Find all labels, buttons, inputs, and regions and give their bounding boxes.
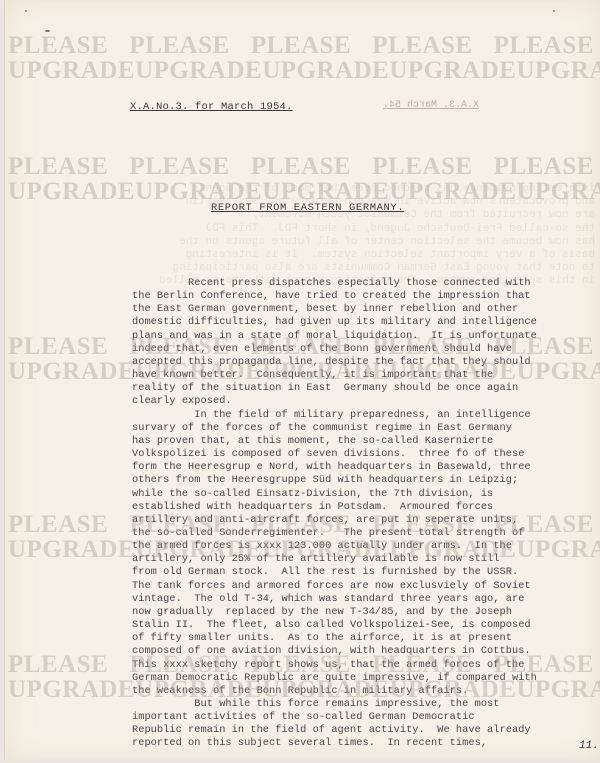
bleed-through-reference: X.A.3. March 54. [383,100,479,111]
text-line: others from the Heeresgruppe Süd with he… [132,474,600,487]
text-line: the Berlin Conference, have tried to cre… [132,290,600,303]
text-line: composed of one aviation division, with … [132,645,600,658]
paper-speck [45,30,50,32]
bleed-through-text: interesting evidence has reached here th… [135,183,595,289]
text-line: Recent press dispatches especially those… [132,277,600,290]
bleed-line: has now become the selection center of a… [135,236,595,249]
report-body: Recent press dispatches especially those… [132,277,600,751]
text-line: artillery and anti-aircraft forces, are … [132,514,600,527]
document-reference: X.A.No.3. for March 1954. [130,101,293,113]
bleed-line: to note that young East German Communist… [135,262,595,275]
text-line: This xxxx sketchy report shows us, that … [132,659,600,672]
bleed-line: basis of a very important selection syst… [135,249,595,262]
document-page: X.A.3. March 54. interesting evidence ha… [4,0,600,760]
bleed-line: interesting evidence has reached here th… [135,183,595,196]
text-line: indeed that, even elements of the Bonn g… [132,343,600,356]
text-line: the East German government, beset by inn… [132,303,600,316]
text-line: The tank forces and armored forces are n… [132,580,600,593]
text-line: artillery, only 25% of the artillery ava… [132,553,600,566]
paper-speck [25,10,27,12]
text-line: Stalin II. The fleet, also called Volksp… [132,619,600,632]
text-line: now gradually replaced by the new T-34/8… [132,606,600,619]
bleed-line: the so-called Frei-Deutsche Jugend, in s… [135,223,595,236]
text-line: reality of the situation in East Germany… [132,382,600,395]
text-line: clearly exposed. [132,395,600,408]
text-line: of fifty smaller units. As to the airfor… [132,632,600,645]
text-line: domestic difficulties, had given up its … [132,316,600,329]
text-line: plans and was in a state of moral liquid… [132,330,600,343]
text-line: In the field of military preparedness, a… [132,409,600,422]
text-line: form the Heeresgrup e Nord, with headqua… [132,461,600,474]
text-line: important activities of the so-called Ge… [132,711,600,724]
text-line: vintage. The old T-34, which was standar… [132,593,600,606]
text-line: have known better. Consequently, it is i… [132,369,600,382]
text-line: while the so-called Einsatz-Division, th… [132,488,600,501]
text-line: German Democratic Republic are quite imp… [132,672,600,685]
text-line: the so-called Sonderregimenter. The pres… [132,527,600,540]
text-line: has proven that, at this moment, the so-… [132,435,600,448]
text-line: reported on this subject several times. … [132,737,600,750]
paper-speck [553,10,555,12]
text-line: from old German stock. All the rest is f… [132,566,600,579]
document-title: REPORT FROM EASTERN GERMANY. [211,202,404,214]
text-line: Republic remain in the field of agent ac… [132,724,600,737]
page-continuation-mark: 11. [579,740,599,752]
text-line: But while this force remains impressive,… [132,698,600,711]
text-line: established with headquarters in Potsdam… [132,501,600,514]
text-line: Volkspolizei is composed of seven divisi… [132,448,600,461]
text-line: survary of the forces of the communist r… [132,422,600,435]
text-line: the armed forces is xxxx 123.000 actuall… [132,540,600,553]
text-line: accepted this propaganda line, despite t… [132,356,600,369]
text-line: the weakness of the Bonn Republic in mil… [132,685,600,698]
